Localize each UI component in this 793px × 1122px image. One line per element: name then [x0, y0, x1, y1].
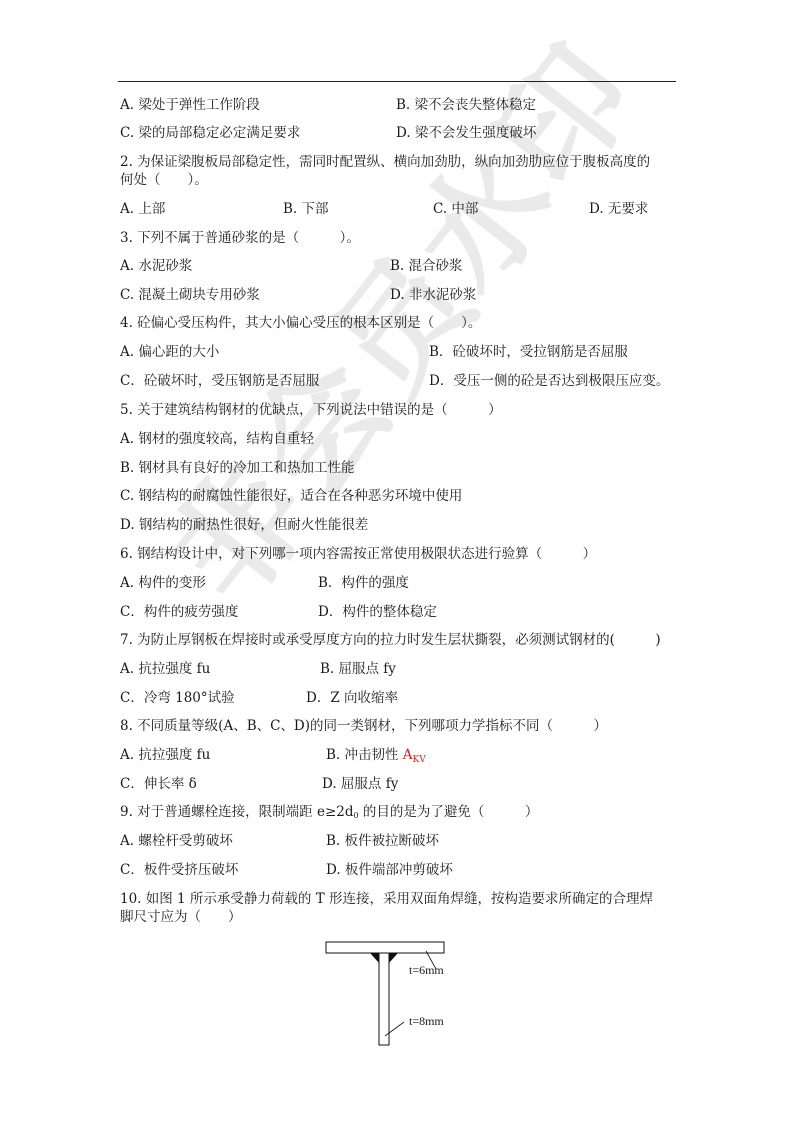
q2-stem-line2: 何处（ ）。: [120, 171, 208, 189]
q1-option-d: D. 梁不会发生强度破坏: [396, 124, 536, 142]
q3-option-b: B. 混合砂浆: [390, 257, 463, 275]
q4-option-a: A. 偏心距的大小: [120, 343, 219, 361]
q5-option-a: A. 钢材的强度较高，结构自重轻: [120, 430, 314, 448]
q10-stem-line2: 脚尺寸应为（ ）: [120, 908, 242, 926]
q2-option-b: B. 下部: [283, 200, 329, 218]
q2-stem-line1: 2. 为保证梁腹板局部稳定性，需同时配置纵、横向加劲肋，纵向加劲肋应位于腹板高度…: [120, 153, 650, 171]
q10-stem-line1: 10. 如图 1 所示承受静力荷载的 T 形连接，采用双面角焊缝，按构造要求所确…: [120, 890, 653, 908]
q8-stem: 8. 不同质量等级(A、B、C、D)的同一类钢材，下列哪项力学指标不同（ ）: [120, 717, 607, 735]
q4-stem: 4. 砼偏心受压构件，其大小偏心受压的根本区别是（ ）。: [120, 314, 481, 332]
q3-option-a: A. 水泥砂浆: [120, 257, 192, 275]
q8-option-a: A. 抗拉强度 fu: [120, 746, 210, 764]
q9-option-c: C．板件受挤压破坏: [120, 861, 238, 879]
q9-option-d: D. 板件端部冲剪破坏: [326, 861, 453, 879]
q7-option-d: D．Z 向收缩率: [306, 689, 398, 707]
q5-stem: 5. 关于建筑结构钢材的优缺点，下列说法中错误的是（ ）: [120, 401, 502, 419]
web-thickness-label: t=8mm: [409, 1014, 444, 1029]
q9-option-b: B. 板件被拉断破坏: [326, 832, 439, 850]
q1-option-a: A. 梁处于弹性工作阶段: [120, 96, 260, 114]
q9-stem-suffix: 的目的是为了避免（ ）: [359, 804, 539, 820]
q7-stem: 7. 为防止厚钢板在焊接时或承受厚度方向的拉力时发生层状撕裂，必须测试钢材的( …: [120, 631, 661, 649]
q4-option-d: D．受压一侧的砼是否达到极限压应变。: [429, 372, 669, 390]
impact-toughness-subscript: KV: [413, 755, 426, 765]
t-joint-figure: t=6mm t=8mm: [320, 936, 480, 1056]
flange-thickness-label: t=6mm: [409, 963, 444, 978]
q3-option-d: D. 非水泥砂浆: [390, 286, 476, 304]
q7-option-b: B. 屈服点 fy: [320, 660, 396, 678]
q1-option-c: C. 梁的局部稳定必定满足要求: [120, 124, 300, 142]
q2-option-c: C. 中部: [433, 200, 478, 218]
q9-stem-prefix: 9. 对于普通螺栓连接，限制端距 e≥2d: [120, 804, 354, 820]
q7-option-c: C．冷弯 180°试验: [120, 689, 235, 707]
t-joint-diagram: [320, 936, 480, 1056]
q7-option-a: A. 抗拉强度 fu: [120, 660, 210, 678]
q3-option-c: C. 混凝土砌块专用砂浆: [120, 286, 260, 304]
q8-option-d: D. 屈服点 fy: [322, 775, 398, 793]
q4-option-b: B．砼破坏时，受拉钢筋是否屈服: [429, 343, 628, 361]
q8-option-b: B. 冲击韧性 AKV: [326, 746, 426, 769]
q6-option-a: A. 构件的变形: [120, 574, 206, 592]
q8-option-b-text: B. 冲击韧性: [326, 747, 403, 763]
q5-option-c: C. 钢结构的耐腐蚀性能很好，适合在各种恶劣环境中使用: [120, 487, 462, 505]
q1-option-b: B. 梁不会丧失整体稳定: [396, 96, 536, 114]
q5-option-d: D. 钢结构的耐热性很好，但耐火性能很差: [120, 516, 368, 534]
q2-option-a: A. 上部: [120, 200, 165, 218]
q6-option-d: D．构件的整体稳定: [318, 603, 437, 621]
q6-stem: 6. 钢结构设计中，对下列哪一项内容需按正常使用极限状态进行验算（ ）: [120, 545, 596, 563]
impact-toughness-symbol: A: [403, 747, 413, 763]
q8-option-c: C．伸长率 δ: [120, 775, 197, 793]
q9-option-a: A. 螺栓杆受剪破坏: [120, 832, 233, 850]
q3-stem: 3. 下列不属于普通砂浆的是（ ）。: [120, 229, 360, 247]
q6-option-c: C．构件的疲劳强度: [120, 603, 238, 621]
q5-option-b: B. 钢材具有良好的冷加工和热加工性能: [120, 459, 355, 477]
q4-option-c: C．砼破坏时，受压钢筋是否屈服: [120, 372, 319, 390]
q6-option-b: B．构件的强度: [318, 574, 409, 592]
q9-stem: 9. 对于普通螺栓连接，限制端距 e≥2d0 的目的是为了避免（ ）: [120, 803, 538, 825]
q2-option-d: D. 无要求: [589, 200, 648, 218]
header-rule: [118, 81, 676, 82]
